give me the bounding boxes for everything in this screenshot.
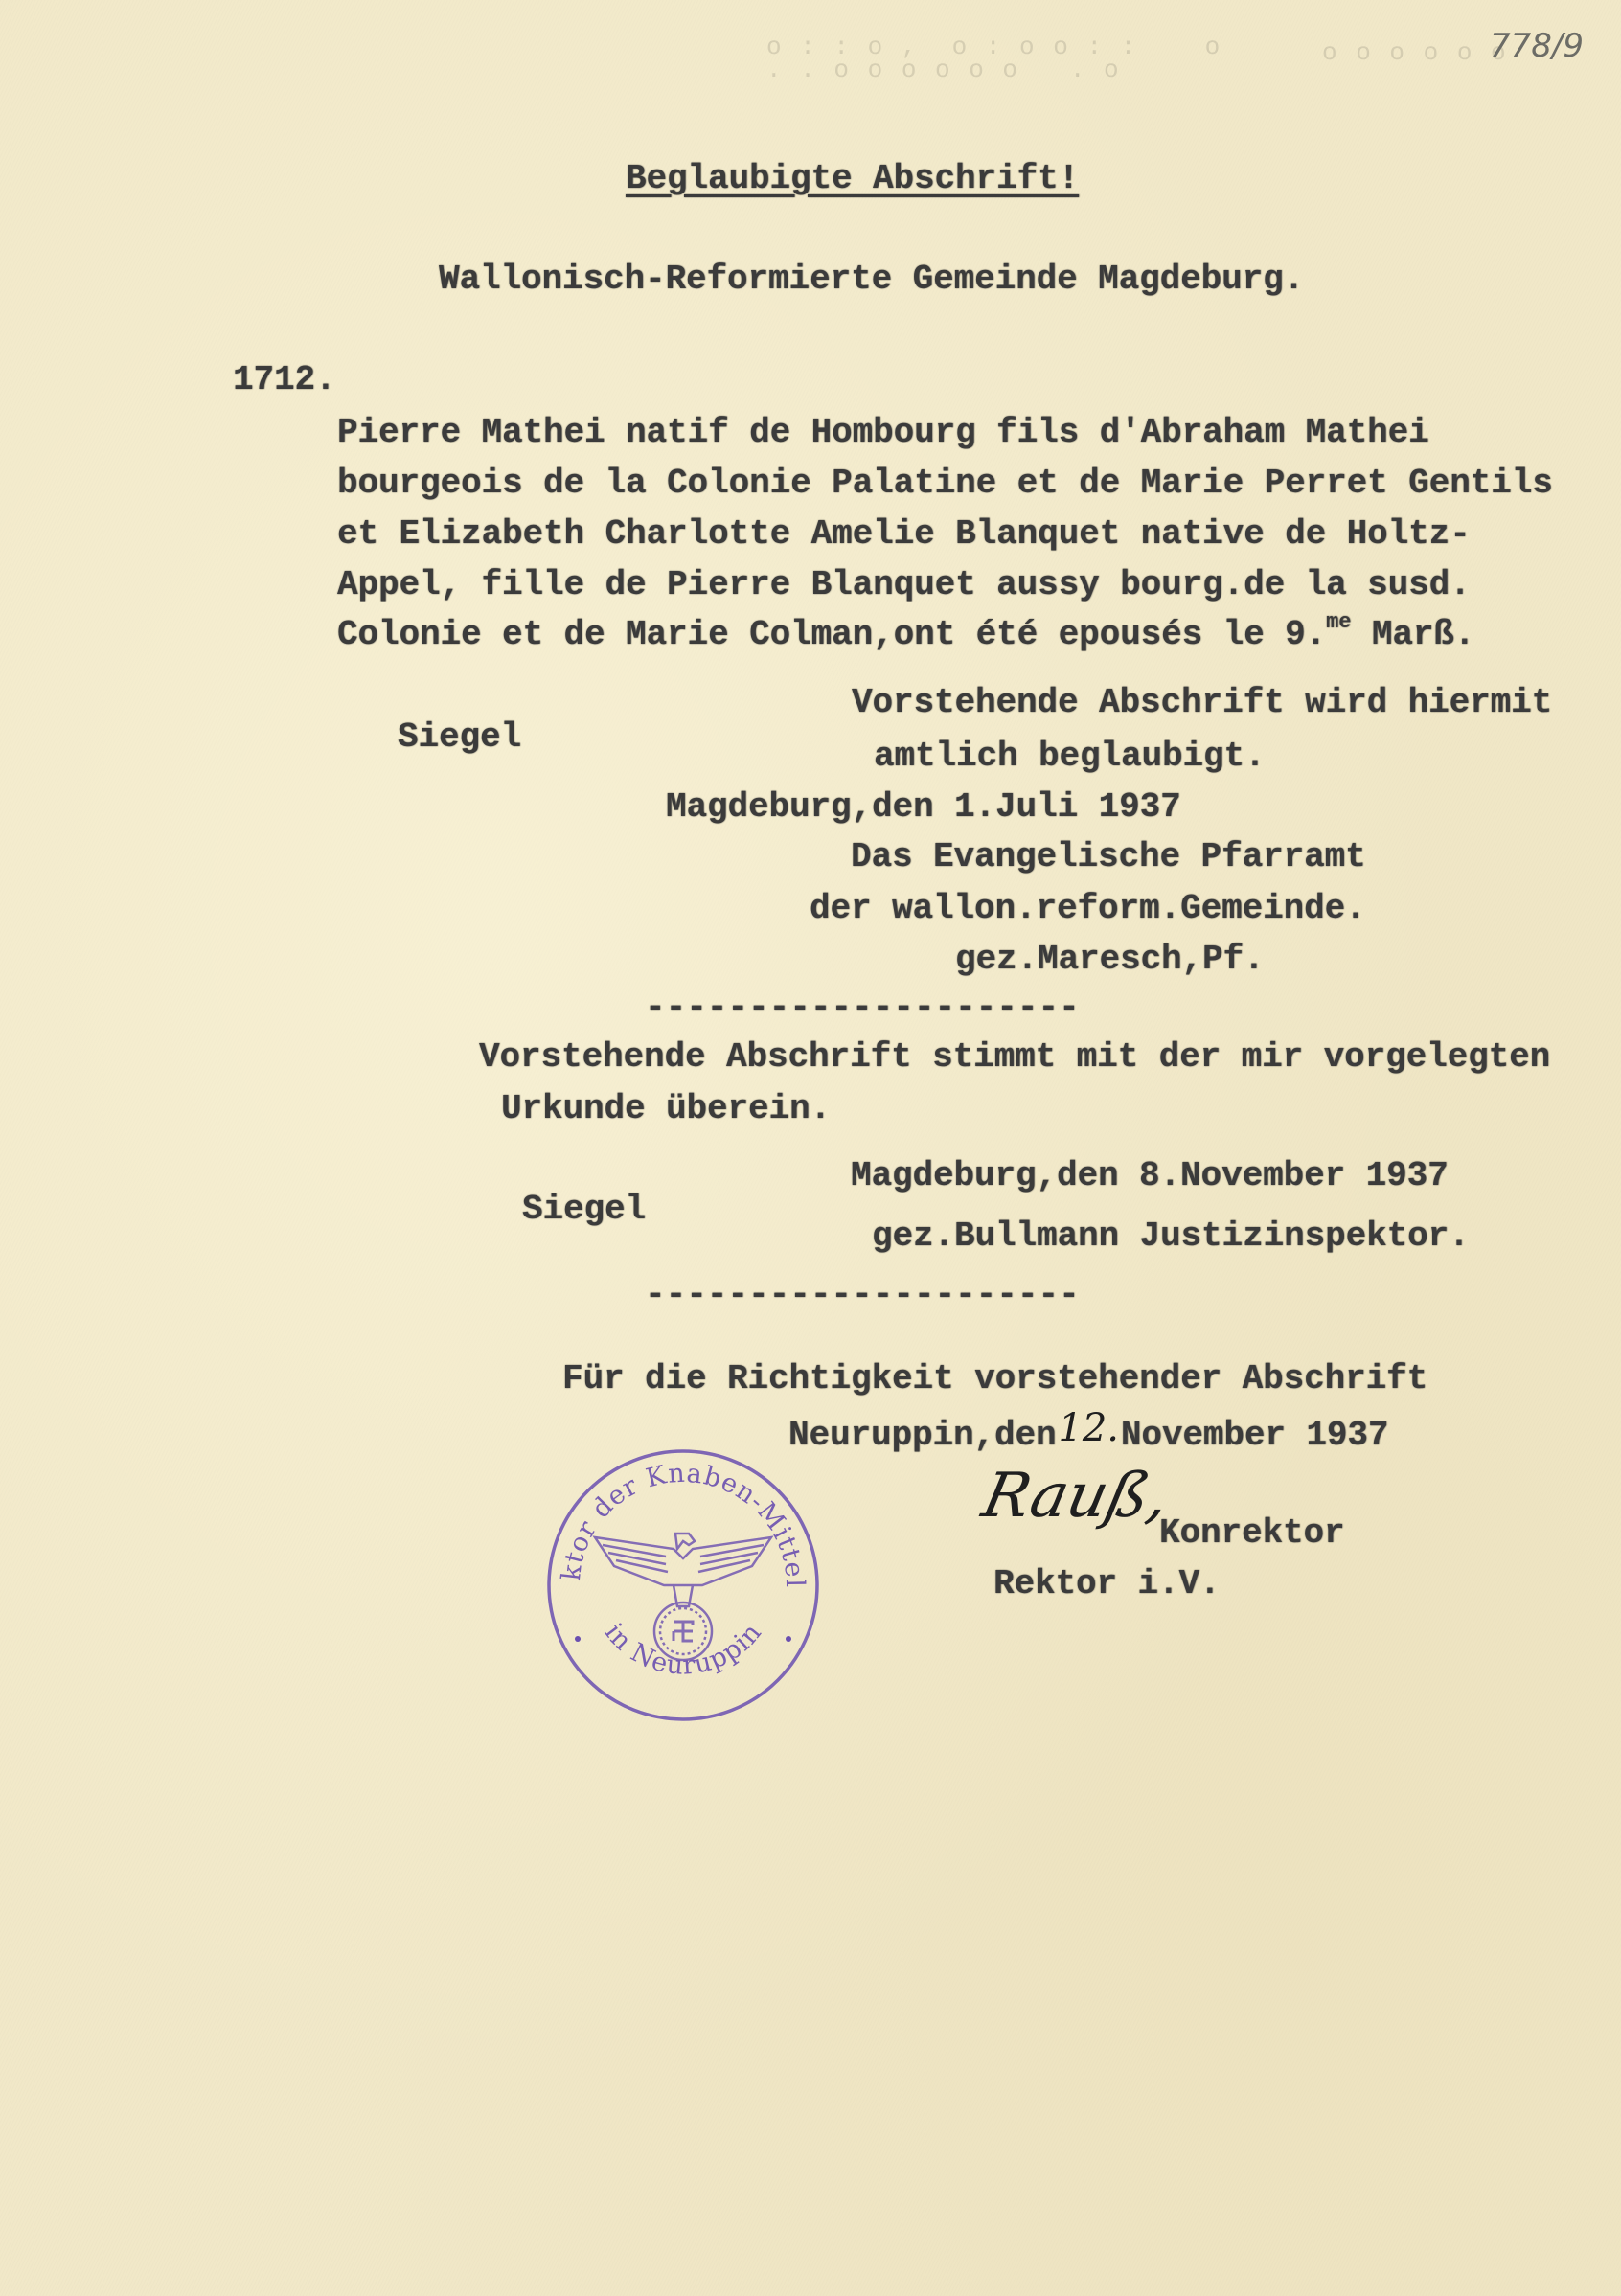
cert3-statement: Für die Richtigkeit vorstehender Abschri… <box>562 1362 1427 1397</box>
cert3-role2: Rektor i.V. <box>993 1567 1221 1602</box>
record-line: et Elizabeth Charlotte Amelie Blanquet n… <box>337 517 1471 552</box>
record-year: 1712. <box>233 363 336 398</box>
cert1-line2: amtlich beglaubigt. <box>874 739 1266 774</box>
parish-name: Wallonisch-Reformierte Gemeinde Magdebur… <box>439 262 1304 297</box>
cert2-line2: Urkunde überein. <box>501 1092 831 1126</box>
cert1-signed: gez.Maresch,Pf. <box>955 943 1265 977</box>
place-suffix: November 1937 <box>1121 1416 1389 1455</box>
record-line: Appel, fille de Pierre Blanquet aussy bo… <box>337 568 1471 602</box>
cert2-seal-label: Siegel <box>522 1193 646 1227</box>
cert1-office1: Das Evangelische Pfarramt <box>851 840 1366 875</box>
place-prefix: Neuruppin,den <box>788 1416 1057 1455</box>
record-line-text: Colonie et de Marie Colman,ont été epous… <box>337 615 1326 654</box>
cert1-line1: Vorstehende Abschrift wird hiermit <box>852 686 1552 720</box>
record-line: Pierre Mathei natif de Hombourg fils d'A… <box>337 416 1429 450</box>
handwritten-signature: Rauß, <box>976 1461 1176 1532</box>
cert2-line1: Vorstehende Abschrift stimmt mit der mir… <box>479 1040 1550 1075</box>
show-through-marks: o o o o o o <box>1322 38 1508 67</box>
record-line-tail: Marß. <box>1351 615 1474 654</box>
superscript: me <box>1326 610 1351 634</box>
archive-number: 778/9 <box>1490 27 1584 65</box>
cert1-place-date: Magdeburg,den 1.Juli 1937 <box>666 790 1181 825</box>
cert3-role1: Konrektor <box>1159 1516 1345 1551</box>
official-stamp-icon: Der Rektor der Knaben-Mittelschule in Ne… <box>539 1442 827 1729</box>
record-line: Colonie et de Marie Colman,ont été epous… <box>337 618 1474 652</box>
separator-line: --------------------- <box>645 1278 1080 1312</box>
document-title: Beglaubigte Abschrift! <box>626 162 1079 196</box>
cert2-place-date: Magdeburg,den 8.November 1937 <box>851 1159 1449 1193</box>
cert1-office2: der wallon.reform.Gemeinde. <box>810 892 1366 926</box>
handwritten-day: 12. <box>1059 1406 1119 1450</box>
cert3-place-date: Neuruppin,den12.November 1937 <box>788 1413 1388 1453</box>
cert1-seal-label: Siegel <box>398 720 521 755</box>
show-through-marks: . . o o o o o o . o <box>766 56 1121 84</box>
cert2-signed: gez.Bullmann Justizinspektor. <box>872 1219 1470 1254</box>
svg-text:Der Rektor der Knaben-Mittelsc: Der Rektor der Knaben-Mittelschule <box>539 1442 810 1588</box>
separator-line: --------------------- <box>645 990 1080 1025</box>
record-line: bourgeois de la Colonie Palatine et de M… <box>337 466 1553 501</box>
